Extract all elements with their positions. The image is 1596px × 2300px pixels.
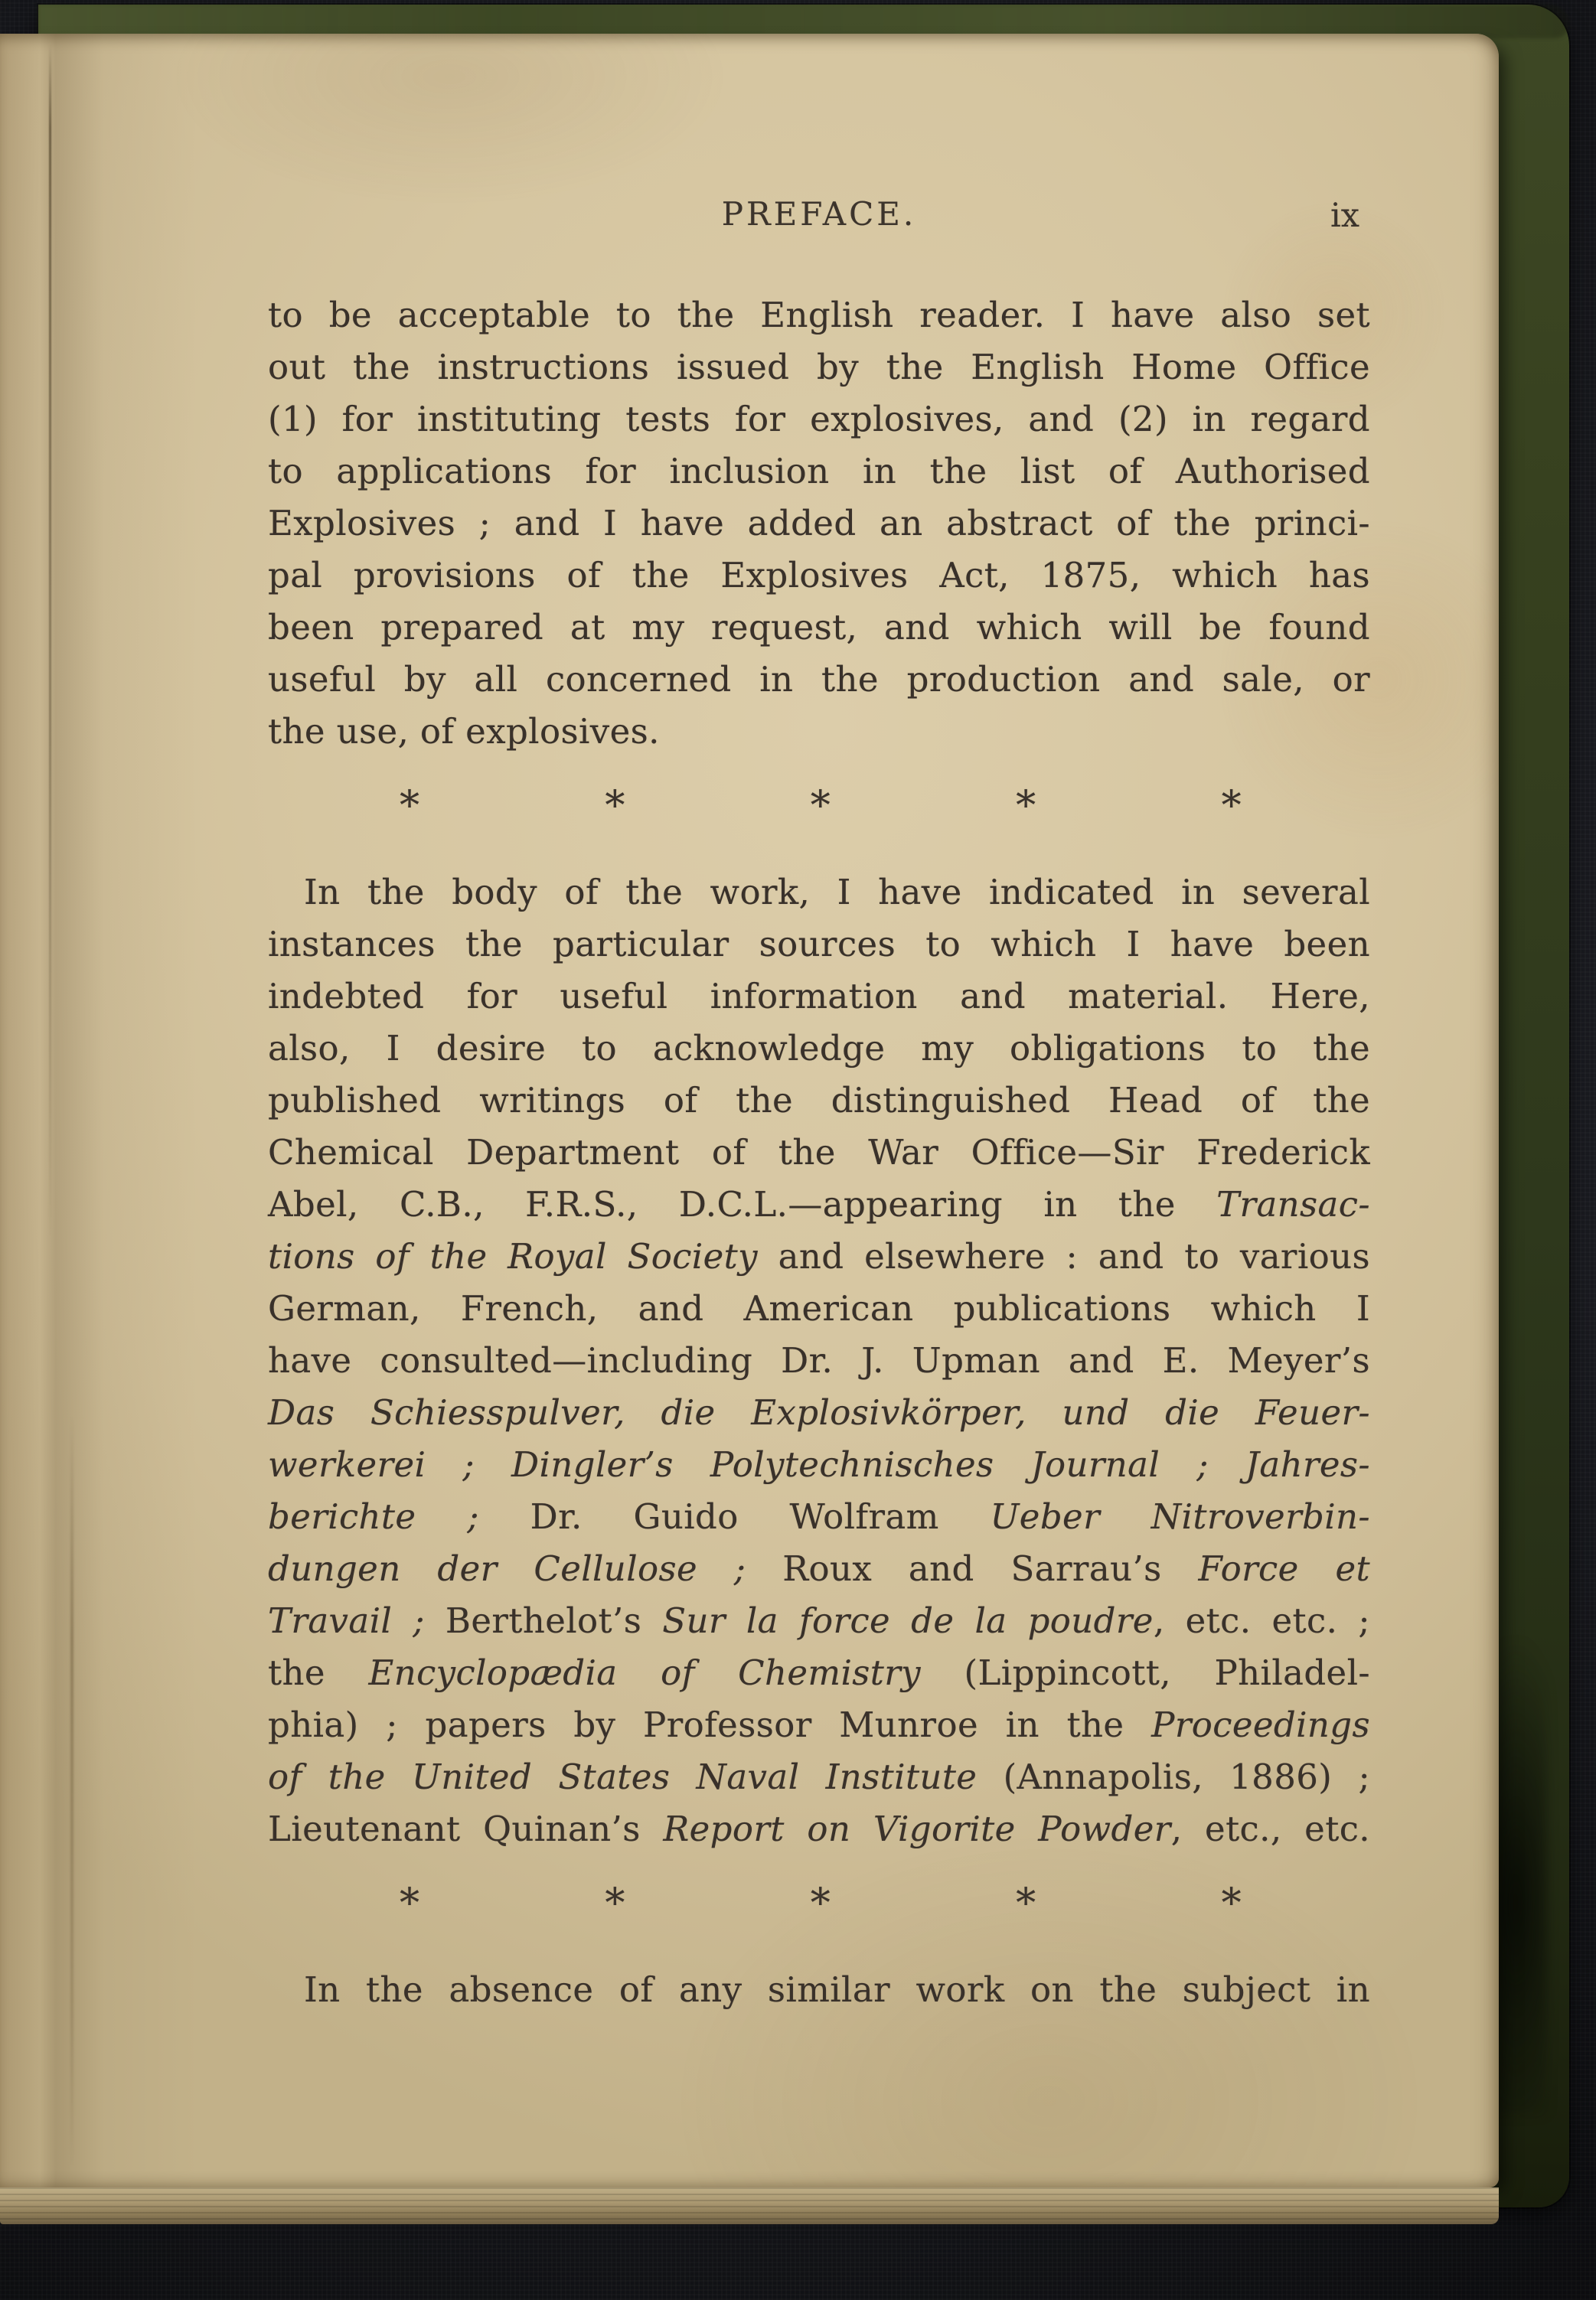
text-line: In the body of the work, I have indicate… (268, 866, 1370, 918)
paragraph: In the body of the work, I have indicate… (268, 866, 1370, 1855)
italic-text-segment: of the United States Naval Institute (268, 1757, 977, 1797)
asterisk-ornament: * (400, 785, 419, 833)
page-title: PREFACE. (268, 196, 1370, 233)
page-bottom-leaves-edge (0, 2187, 1499, 2224)
text-line: useful by all concerned in the productio… (268, 654, 1370, 706)
text-segment: also, I desire to acknowledge my obligat… (268, 1028, 1370, 1068)
text-segment: have consulted—including Dr. J. Upman an… (268, 1340, 1370, 1381)
text-segment: Dr. Guido Wolfram (530, 1496, 991, 1537)
text-segment: out the instructions issued by the Engli… (268, 347, 1370, 387)
text-line: Das Schiesspulver, die Explosivkörper, u… (268, 1387, 1370, 1439)
asterisk-ornament: * (811, 1883, 831, 1930)
text-segment: to be acceptable to the English reader. … (268, 295, 1370, 335)
italic-text-segment: Das Schiesspulver, die Explosivkörper, u… (268, 1392, 1370, 1433)
italic-text-segment: Report on Vigorite Powder (663, 1809, 1170, 1849)
text-segment: Lieutenant Quinan’s (268, 1809, 663, 1849)
asterisk-ornament: * (1222, 1883, 1242, 1930)
text-line: have consulted—including Dr. J. Upman an… (268, 1335, 1370, 1387)
paragraph: to be acceptable to the English reader. … (268, 289, 1370, 758)
asterisk-ornament: * (1016, 1883, 1036, 1930)
asterisk-divider-row: ***** (400, 1878, 1242, 1930)
text-segment: published writings of the distinguished … (268, 1080, 1370, 1121)
text-line: dungen der Cellulose ; Roux and Sarrau’s… (268, 1543, 1370, 1595)
text-segment: (Annapolis, 1886) ; (977, 1757, 1370, 1797)
text-line: (1) for instituting tests for explosives… (268, 393, 1370, 445)
scanned-book-page: PREFACE. ix to be acceptable to the Engl… (0, 0, 1596, 2300)
text-line: phia) ; papers by Professor Munroe in th… (268, 1699, 1370, 1751)
italic-text-segment: Encyclopædia of Chemistry (368, 1652, 921, 1693)
italic-text-segment: Sur la force de la poudre (662, 1600, 1154, 1641)
text-segment: indebted for useful information and mate… (268, 976, 1370, 1016)
text-segment: the (268, 1652, 368, 1693)
page-number: ix (1330, 197, 1359, 234)
text-segment: Explosives ; and I have added an abstrac… (268, 503, 1370, 543)
text-line: the use, of explosives. (268, 706, 1370, 758)
text-segment: useful by all concerned in the productio… (268, 659, 1370, 700)
italic-text-segment: berichte ; (268, 1496, 530, 1537)
page-header: PREFACE. ix (268, 196, 1370, 245)
text-segment: In the absence of any similar work on th… (304, 1969, 1370, 2010)
text-segment: Abel, C.B., F.R.S., D.C.L.—appearing in … (268, 1184, 1216, 1225)
text-line: pal provisions of the Explosives Act, 18… (268, 550, 1370, 602)
asterisk-ornament: * (1222, 785, 1242, 833)
italic-text-segment: Transac- (1216, 1184, 1370, 1225)
text-segment: In the body of the work, I have indicate… (304, 872, 1370, 912)
text-line: instances the particular sources to whic… (268, 918, 1370, 971)
italic-text-segment: Travail ; (268, 1600, 446, 1641)
text-segment: (1) for instituting tests for explosives… (268, 399, 1370, 439)
text-segment: pal provisions of the Explosives Act, 18… (268, 555, 1370, 595)
text-line: indebted for useful information and mate… (268, 971, 1370, 1023)
gutter-crease-line-lower (70, 1416, 73, 2166)
text-segment: to applications for inclusion in the lis… (268, 451, 1370, 491)
text-segment: phia) ; papers by Professor Munroe in th… (268, 1705, 1151, 1745)
text-line: berichte ; Dr. Guido Wolfram Ueber Nitro… (268, 1491, 1370, 1543)
text-line: out the instructions issued by the Engli… (268, 341, 1370, 393)
text-block: to be acceptable to the English reader. … (268, 289, 1370, 2016)
asterisk-ornament: * (605, 785, 625, 833)
asterisk-ornament: * (605, 1883, 625, 1930)
text-line: also, I desire to acknowledge my obligat… (268, 1023, 1370, 1075)
asterisk-ornament: * (1016, 785, 1036, 833)
text-line: to applications for inclusion in the lis… (268, 445, 1370, 498)
text-line: Travail ; Berthelot’s Sur la force de la… (268, 1595, 1370, 1647)
text-line: German, French, and American publication… (268, 1283, 1370, 1335)
italic-text-segment: Proceedings (1151, 1705, 1370, 1745)
text-line: been prepared at my request, and which w… (268, 602, 1370, 654)
asterisk-ornament: * (811, 785, 831, 833)
text-segment: Chemical Department of the War Office—Si… (268, 1132, 1370, 1173)
text-segment: , etc., etc. (1171, 1809, 1370, 1849)
italic-text-segment: werkerei ; Dingler’s Polytechnisches Jou… (268, 1444, 1370, 1485)
text-line: tions of the Royal Society and elsewhere… (268, 1231, 1370, 1283)
paragraph: In the absence of any similar work on th… (268, 1964, 1370, 2016)
text-line: the Encyclopædia of Chemistry (Lippincot… (268, 1647, 1370, 1699)
gutter-crease-line (49, 44, 51, 1238)
italic-text-segment: tions of the Royal Society (268, 1236, 758, 1277)
text-line: werkerei ; Dingler’s Polytechnisches Jou… (268, 1439, 1370, 1491)
text-segment: German, French, and American publication… (268, 1288, 1370, 1329)
text-line: Abel, C.B., F.R.S., D.C.L.—appearing in … (268, 1179, 1370, 1231)
asterisk-ornament: * (400, 1883, 419, 1930)
asterisk-divider-row: ***** (400, 781, 1242, 833)
text-segment: Berthelot’s (446, 1600, 662, 1641)
text-line: In the absence of any similar work on th… (268, 1964, 1370, 2016)
text-line: of the United States Naval Institute (An… (268, 1751, 1370, 1803)
text-segment: instances the particular sources to whic… (268, 924, 1370, 964)
text-segment: , etc. etc. ; (1154, 1600, 1370, 1641)
gutter-shadow (0, 34, 199, 2187)
text-line: Explosives ; and I have added an abstrac… (268, 498, 1370, 550)
text-line: Lieutenant Quinan’s Report on Vigorite P… (268, 1803, 1370, 1855)
italic-text-segment: dungen der Cellulose ; (268, 1548, 782, 1589)
italic-text-segment: Force et (1198, 1548, 1370, 1589)
text-segment: (Lippincott, Philadel- (921, 1652, 1370, 1693)
text-line: to be acceptable to the English reader. … (268, 289, 1370, 341)
text-segment: been prepared at my request, and which w… (268, 607, 1370, 648)
text-segment: Roux and Sarrau’s (782, 1548, 1198, 1589)
text-line: published writings of the distinguished … (268, 1075, 1370, 1127)
italic-text-segment: Ueber Nitroverbin- (990, 1496, 1370, 1537)
text-line: Chemical Department of the War Office—Si… (268, 1127, 1370, 1179)
text-segment: and elsewhere : and to various (758, 1236, 1370, 1277)
text-segment: the use, of explosives. (268, 711, 660, 752)
